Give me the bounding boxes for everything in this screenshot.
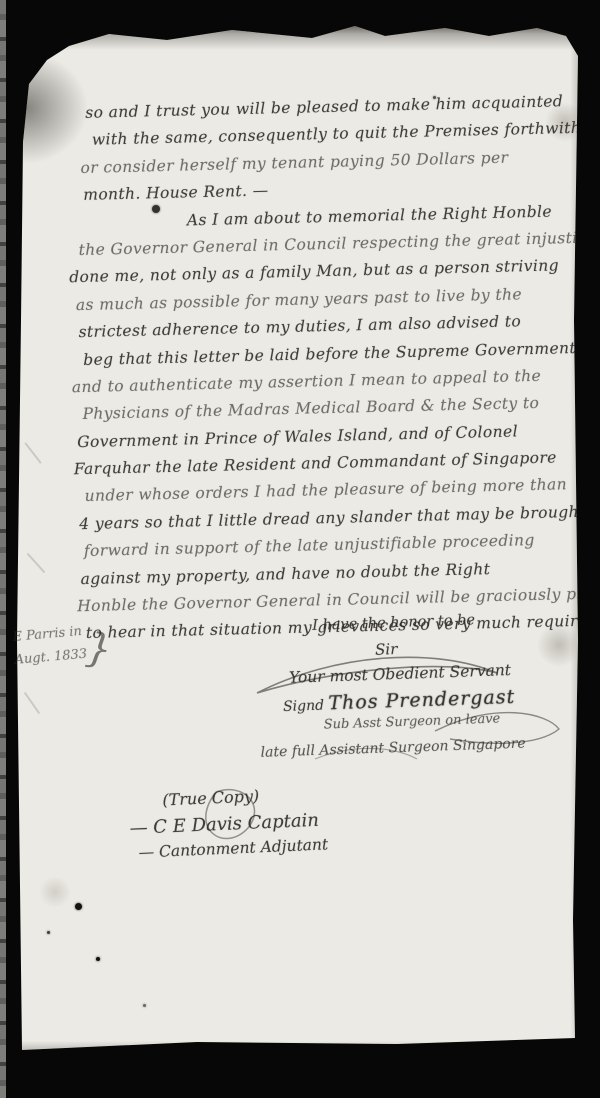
ink-speck	[152, 205, 160, 213]
letter-page: so and I trust you will be pleased to ma…	[17, 20, 579, 1052]
certification-block: (True Copy) — C E Davis Captain — Canton…	[128, 783, 329, 870]
scan-background: { "colors": { "background": "#070707", "…	[0, 0, 600, 1098]
margin-note: E Parris in Augt. 1833	[12, 624, 88, 676]
signed-prefix: Signd	[283, 698, 325, 715]
adjacent-page-edge	[0, 0, 6, 1098]
letter-body: so and I trust you will be pleased to ma…	[79, 92, 597, 652]
ink-speck	[433, 96, 436, 99]
ink-speck	[47, 931, 50, 934]
closing-block: I have the honor to be Sir Your most Obe…	[252, 608, 587, 769]
ink-speck	[143, 1004, 146, 1007]
ink-speck	[75, 903, 82, 910]
ink-speck	[96, 957, 100, 961]
